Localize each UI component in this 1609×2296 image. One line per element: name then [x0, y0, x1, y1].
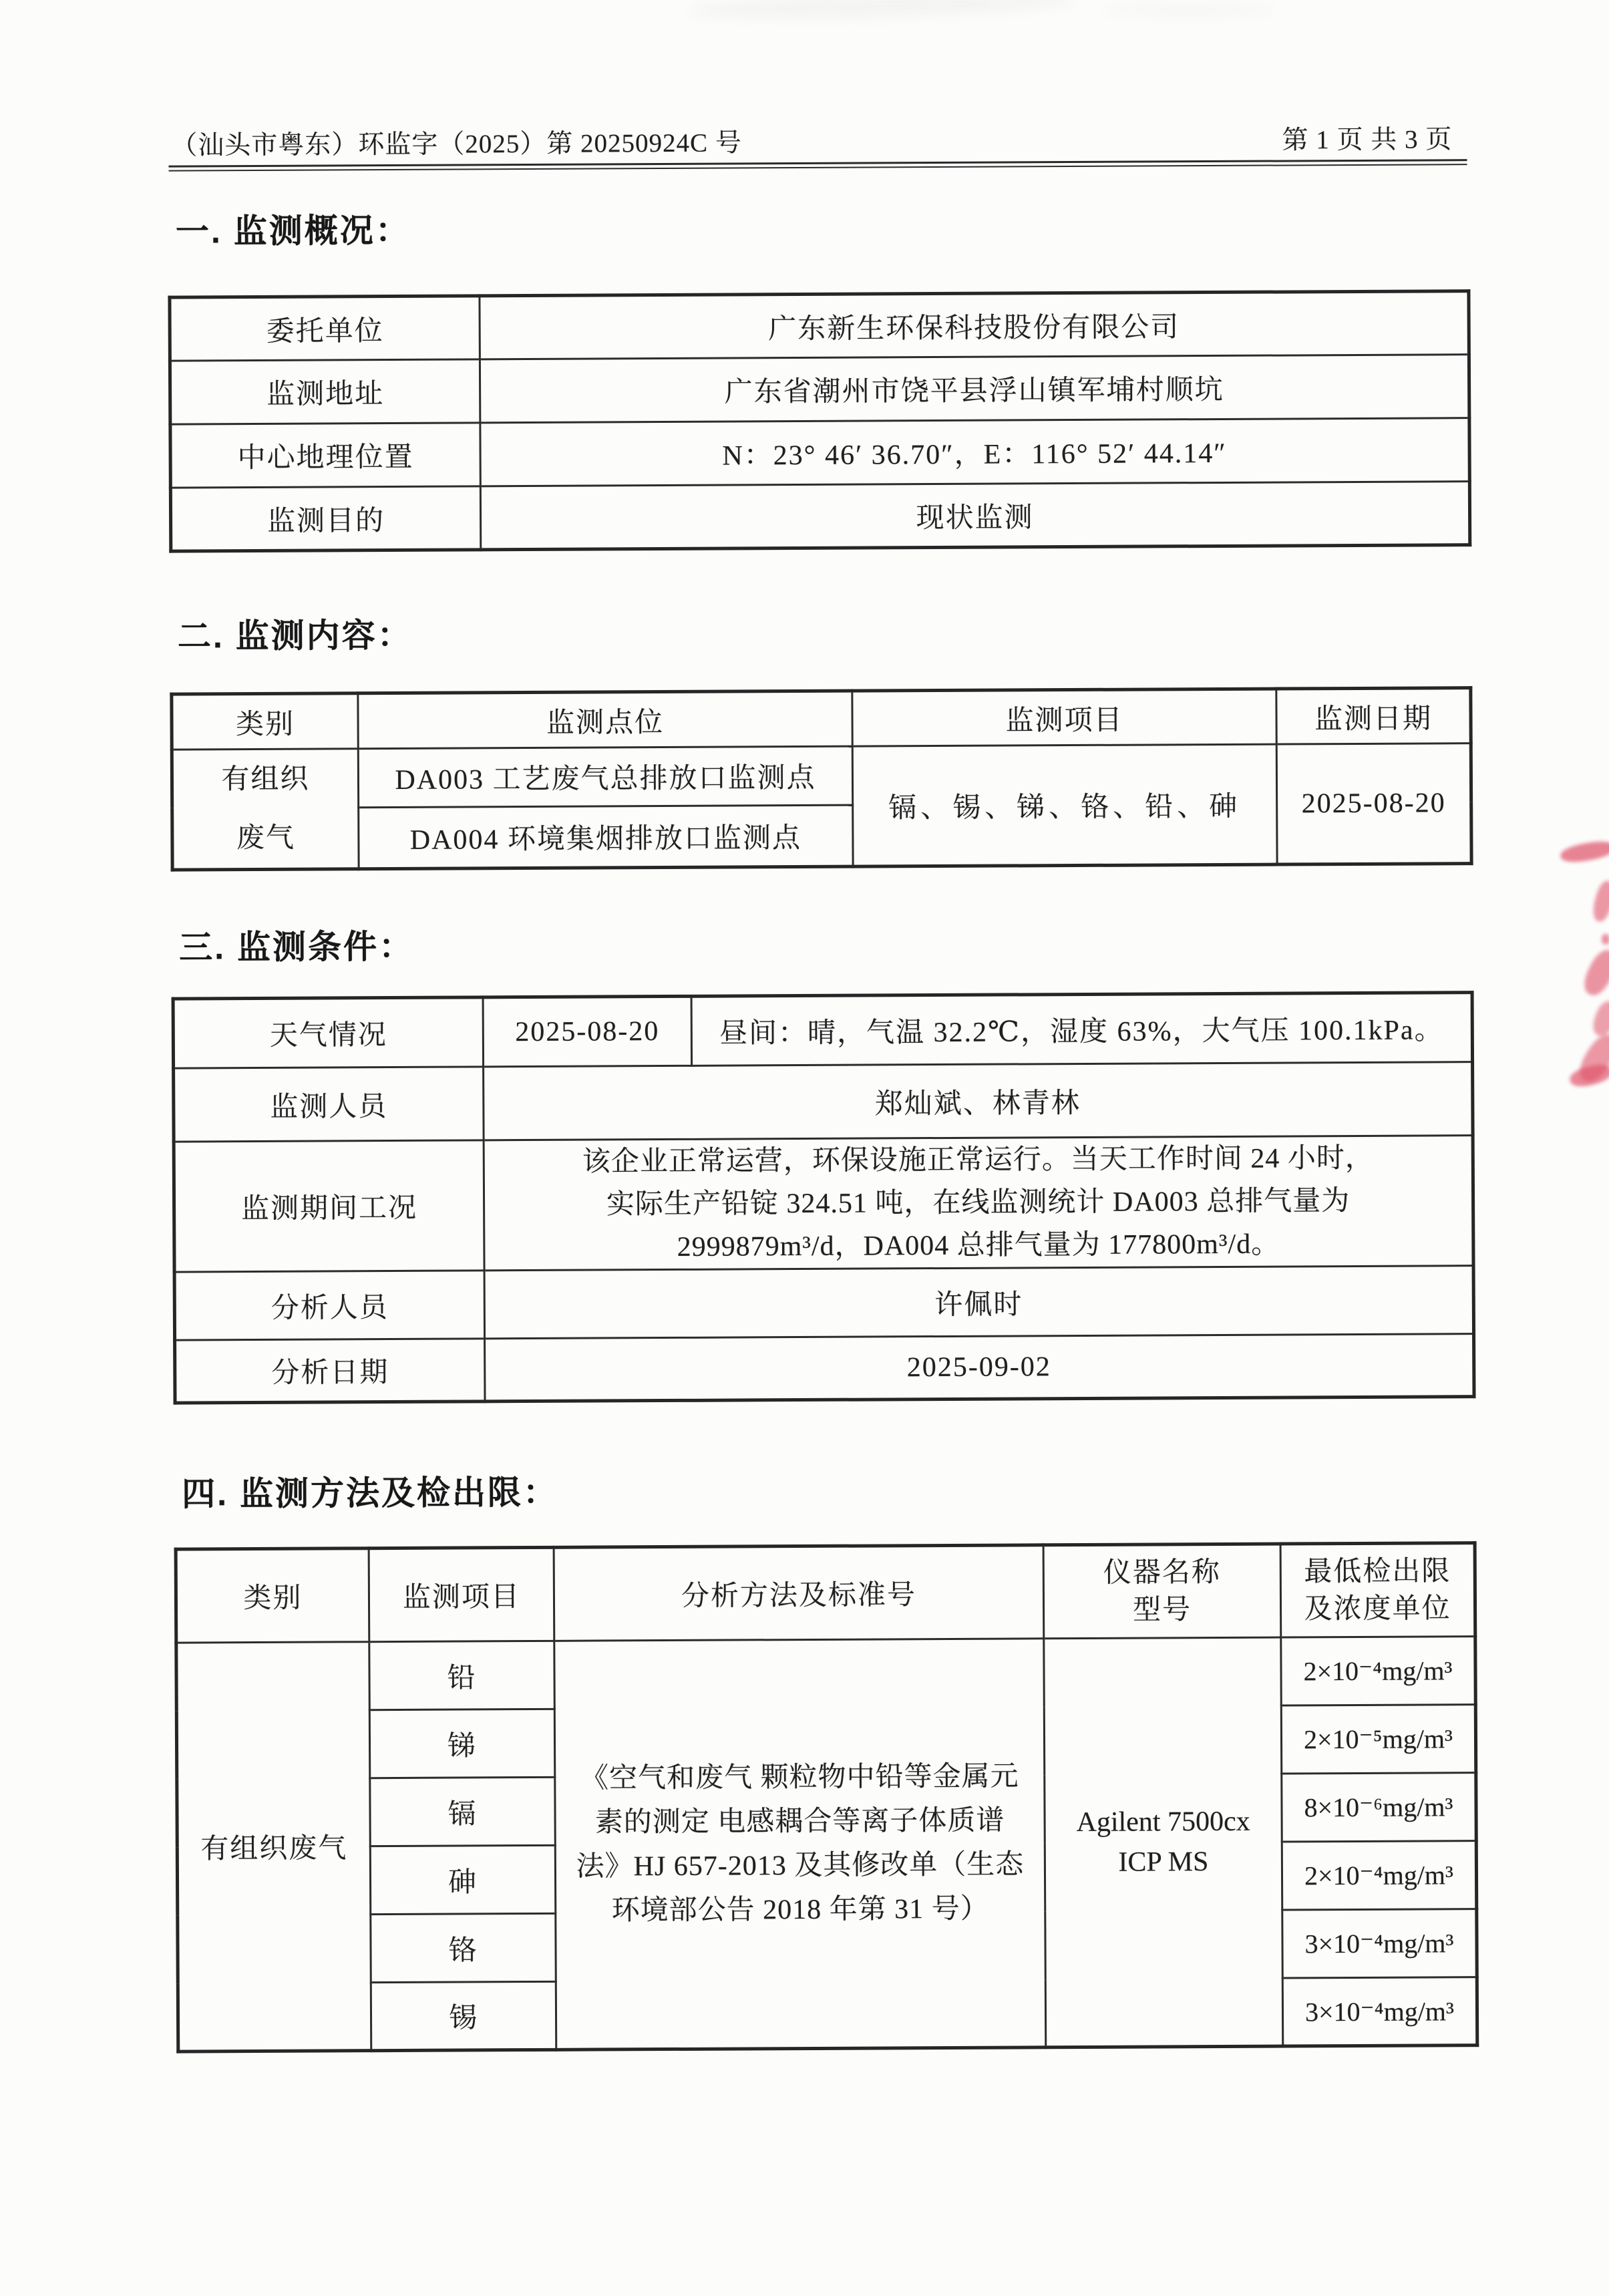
detection-limit-cell: 8×10⁻⁶mg/m³ — [1282, 1773, 1476, 1842]
column-header: 监测项目 — [369, 1547, 554, 1641]
table-header-row: 类别 监测点位 监测项目 监测日期 — [172, 688, 1471, 750]
table-row: 中心地理位置 N：23° 46′ 36.70″，E：116° 52′ 44.14… — [170, 418, 1469, 488]
scan-ghost-artifact — [1102, 4, 1276, 16]
row-value: 广东新生环保科技股份有限公司 — [480, 291, 1469, 359]
analysis-method-cell: 《空气和废气 颗粒物中铅等金属元 素的测定 电感耦合等离子体质谱 法》HJ 65… — [554, 1639, 1046, 2050]
table-row: 委托单位 广东新生环保科技股份有限公司 — [170, 291, 1469, 361]
column-header: 分析方法及标准号 — [554, 1545, 1044, 1641]
content-table: 类别 监测点位 监测项目 监测日期 有组织 废气 DA003 工艺废气总排放口监… — [170, 686, 1473, 872]
row-value: 现状监测 — [480, 482, 1469, 550]
section2-title: 二. 监测内容： — [178, 609, 413, 658]
row-label: 分析日期 — [175, 1339, 485, 1403]
table-header-row: 类别 监测项目 分析方法及标准号 仪器名称 型号 最低检出限 及浓度单位 — [176, 1543, 1475, 1643]
row-label: 天气情况 — [173, 997, 484, 1068]
page-content: （汕头市粤东）环监字（2025）第 20250924C 号 第 1 页 共 3 … — [0, 0, 1609, 2296]
column-header: 仪器名称 型号 — [1043, 1544, 1281, 1639]
column-header: 类别 — [172, 693, 358, 750]
row-label: 监测地址 — [170, 359, 480, 424]
row-label: 监测期间工况 — [174, 1140, 484, 1272]
weather-date-cell: 2025-08-20 — [483, 996, 692, 1067]
detection-limit-cell: 2×10⁻⁵mg/m³ — [1281, 1705, 1475, 1774]
row-value: 广东省潮州市饶平县浮山镇军埔村顺坑 — [480, 355, 1469, 423]
column-header: 监测点位 — [358, 691, 852, 749]
detection-limit-cell: 2×10⁻⁴mg/m³ — [1281, 1637, 1475, 1705]
row-label: 中心地理位置 — [170, 423, 480, 488]
section4-title: 四. 监测方法及检出限： — [182, 1466, 558, 1516]
table-row: 监测人员 郑灿斌、林青林 — [174, 1062, 1473, 1142]
detection-limit-cell: 3×10⁻⁴mg/m³ — [1282, 1977, 1477, 2046]
table-row: 有组织 废气 DA003 工艺废气总排放口监测点 镉、锡、锑、铬、铅、砷 202… — [172, 744, 1471, 808]
operating-condition-cell: 该企业正常运营，环保设施正常运行。当天工作时间 24 小时， 实际生产铅锭 32… — [484, 1136, 1473, 1271]
methods-table: 类别 监测项目 分析方法及标准号 仪器名称 型号 最低检出限 及浓度单位 有组织… — [174, 1541, 1479, 2054]
overview-table: 委托单位 广东新生环保科技股份有限公司 监测地址 广东省潮州市饶平县浮山镇军埔村… — [168, 289, 1471, 553]
section3-title: 三. 监测条件： — [179, 920, 414, 969]
row-value: 许佩时 — [484, 1266, 1473, 1339]
row-label: 监测目的 — [170, 486, 480, 551]
table-row: 分析人员 许佩时 — [174, 1266, 1473, 1341]
table-row: 分析日期 2025-09-02 — [175, 1334, 1474, 1404]
detection-limit-cell: 2×10⁻⁴mg/m³ — [1282, 1841, 1476, 1910]
doc-number: （汕头市粤东）环监字（2025）第 20250924C 号 — [171, 122, 742, 162]
row-value: 2025-09-02 — [485, 1334, 1474, 1402]
scanned-report-page: （汕头市粤东）环监字（2025）第 20250924C 号 第 1 页 共 3 … — [0, 0, 1609, 2296]
page-indicator: 第 1 页 共 3 页 — [1282, 118, 1469, 156]
table-row: 监测目的 现状监测 — [170, 482, 1469, 552]
monitoring-point-cell: DA004 环境集烟排放口监测点 — [359, 805, 853, 869]
item-cell: 锡 — [371, 1981, 556, 2050]
category-cell: 有组织 废气 — [172, 749, 359, 870]
column-header: 监测项目 — [852, 689, 1276, 746]
table-row: 监测期间工况 该企业正常运营，环保设施正常运行。当天工作时间 24 小时， 实际… — [174, 1136, 1473, 1273]
item-cell: 铅 — [369, 1641, 554, 1709]
monitoring-point-cell: DA003 工艺废气总排放口监测点 — [358, 746, 852, 808]
detection-limit-cell: 3×10⁻⁴mg/m³ — [1282, 1909, 1477, 1978]
column-header: 最低检出限 及浓度单位 — [1280, 1543, 1475, 1637]
column-header: 监测日期 — [1276, 688, 1471, 744]
row-label: 监测人员 — [174, 1067, 484, 1142]
page-header: （汕头市粤东）环监字（2025）第 20250924C 号 第 1 页 共 3 … — [171, 118, 1469, 162]
row-label: 分析人员 — [174, 1271, 484, 1340]
table-row: 监测地址 广东省潮州市饶平县浮山镇军埔村顺坑 — [170, 355, 1469, 425]
item-cell: 锑 — [369, 1709, 554, 1778]
table-row: 天气情况 2025-08-20 昼间：晴，气温 32.2℃，湿度 63%，大气压… — [173, 993, 1472, 1069]
row-value: 郑灿斌、林青林 — [484, 1062, 1473, 1140]
monitoring-items-cell: 镉、锡、锑、铬、铅、砷 — [852, 744, 1277, 866]
section1-title: 一. 监测概况： — [176, 204, 411, 253]
category-cell: 有组织废气 — [176, 1642, 371, 2052]
row-value: N：23° 46′ 36.70″，E：116° 52′ 44.14″ — [480, 418, 1469, 486]
red-stamp-artifact — [1602, 934, 1609, 945]
monitoring-date-cell: 2025-08-20 — [1276, 744, 1471, 864]
table-row: 有组织废气 铅 《空气和废气 颗粒物中铅等金属元 素的测定 电感耦合等离子体质谱… — [176, 1637, 1475, 1711]
instrument-cell: Agilent 7500cx ICP MS — [1044, 1637, 1283, 2047]
weather-desc-cell: 昼间：晴，气温 32.2℃，湿度 63%，大气压 100.1kPa。 — [691, 993, 1472, 1066]
row-label: 委托单位 — [170, 296, 480, 361]
column-header: 类别 — [176, 1548, 369, 1643]
item-cell: 砷 — [370, 1845, 555, 1914]
item-cell: 镉 — [370, 1777, 555, 1846]
conditions-table: 天气情况 2025-08-20 昼间：晴，气温 32.2℃，湿度 63%，大气压… — [172, 991, 1476, 1405]
item-cell: 铬 — [371, 1913, 556, 1982]
